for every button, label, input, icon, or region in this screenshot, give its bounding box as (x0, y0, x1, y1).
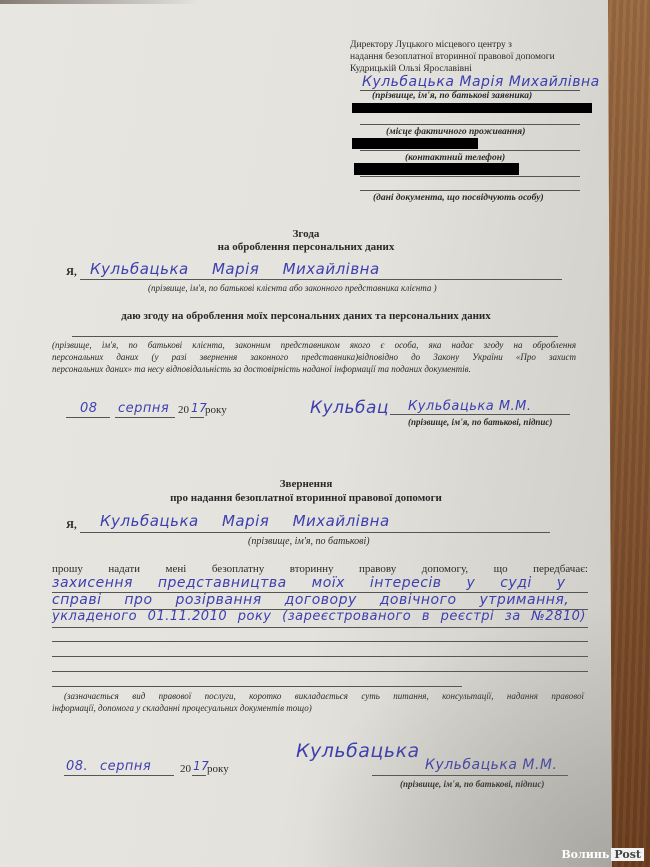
consent-explanation-line-3: персональних даних» та несу відповідальн… (52, 364, 471, 374)
request-date-year-prefix: 20 (180, 763, 191, 775)
request-line-7 (52, 686, 462, 687)
request-name-handwritten: Кульбацька Марія Михайлівна (100, 512, 390, 530)
consent-statement: даю згоду на оброблення моїх персональни… (0, 310, 612, 322)
paper-edge-shadow (0, 0, 200, 4)
consent-name-caption: (прізвище, ім'я, по батькові клієнта або… (148, 283, 437, 293)
applicant-name-caption: (прізвище, ім'я, по батькові заявника) (372, 91, 532, 101)
request-signer-line (372, 775, 568, 776)
redacted-phone (354, 163, 519, 175)
request-date-line (64, 775, 174, 776)
request-title: Звернення (0, 478, 612, 490)
redacted-residence (352, 138, 478, 149)
request-line-3 (52, 627, 588, 628)
consent-signature: Кульбац (310, 398, 389, 418)
request-line-6 (52, 671, 588, 672)
request-line-3-handwritten: укладеного 01.11.2010 року (зареєстрован… (52, 609, 586, 624)
id-document-line (360, 176, 580, 177)
consent-i-label: Я, (66, 266, 77, 278)
service-caption-line-2: інформації, допомога у складанні процесу… (52, 703, 312, 713)
service-caption-line-1: (зазначається вид правової послуги, коро… (64, 691, 584, 701)
consent-date-year-word: року (205, 404, 227, 416)
consent-subtitle: на оброблення персональних даних (0, 241, 612, 253)
consent-explanation-line-1: (прізвище, ім'я, по батькові клієнта, за… (52, 340, 576, 350)
document-page: Директору Луцького місцевого центру з на… (0, 0, 612, 867)
addressee-line-3: Кудрицькій Ользі Ярославівні (350, 64, 472, 74)
watermark-brand: Волинь (561, 848, 609, 861)
request-name-line (80, 532, 550, 533)
consent-date-month-line (115, 417, 175, 418)
consent-explanation-line-2: персональних даних (у разі звернення зак… (52, 352, 576, 362)
consent-signer-handwritten: Кульбацька М.М. (408, 399, 532, 414)
applicant-name-handwritten: Кульбацька Марія Михайлівна (362, 74, 600, 90)
id-document-caption: (дані документа, що посвідчують особу) (373, 193, 544, 203)
request-intro: прошу надати мені безоплатну вторинну пр… (52, 563, 588, 575)
addressee-line-2: надання безоплатної вторинної правової д… (350, 52, 555, 62)
consent-name-handwritten: Кульбацька Марія Михайлівна (90, 260, 380, 278)
consent-signer-line (390, 414, 570, 415)
consent-date-day-line (66, 417, 110, 418)
consent-signer-caption: (прізвище, ім'я, по батькові, підпис) (408, 417, 552, 427)
request-date-day: 08. (66, 759, 88, 774)
id-document-line-2 (360, 190, 580, 191)
consent-date-year-line (190, 417, 204, 418)
watermark-brand-suffix: Post (611, 848, 644, 861)
request-line-4 (52, 641, 588, 642)
request-line-1-handwritten: захисення представництва моїх інтересів … (52, 575, 566, 591)
request-date-month: серпня (100, 759, 151, 774)
request-name-caption: (прізвище, ім'я, по батькові) (248, 536, 370, 547)
request-line-5 (52, 656, 588, 657)
request-signature: Кульбацька (296, 740, 420, 762)
phone-line (360, 150, 580, 151)
residence-line (360, 124, 580, 125)
redacted-address (352, 103, 592, 113)
consent-date-day: 08 (80, 401, 98, 416)
publisher-watermark: Волинь Post (561, 848, 644, 861)
residence-caption: (місце фактичного проживання) (386, 127, 525, 137)
request-i-label: Я, (66, 519, 77, 531)
addressee-line-1: Директору Луцького місцевого центру з (350, 40, 512, 50)
request-subtitle: про надання безоплатної вторинної правов… (0, 492, 612, 504)
request-date-year-line (192, 775, 206, 776)
consent-title: Згода (0, 228, 612, 240)
phone-caption: (контактний телефон) (405, 153, 505, 163)
request-line-2-handwritten: справі про розірвання договору довічного… (52, 592, 569, 608)
consent-date-month: серпня (118, 401, 169, 416)
consent-name-line (80, 279, 562, 280)
request-signer-handwritten: Кульбацька М.М. (425, 757, 557, 773)
consent-client-line (72, 336, 558, 337)
request-signer-caption: (прізвище, ім'я, по батькові, підпис) (400, 779, 544, 789)
consent-date-year-prefix: 20 (178, 404, 189, 416)
request-date-year-word: року (207, 763, 229, 775)
